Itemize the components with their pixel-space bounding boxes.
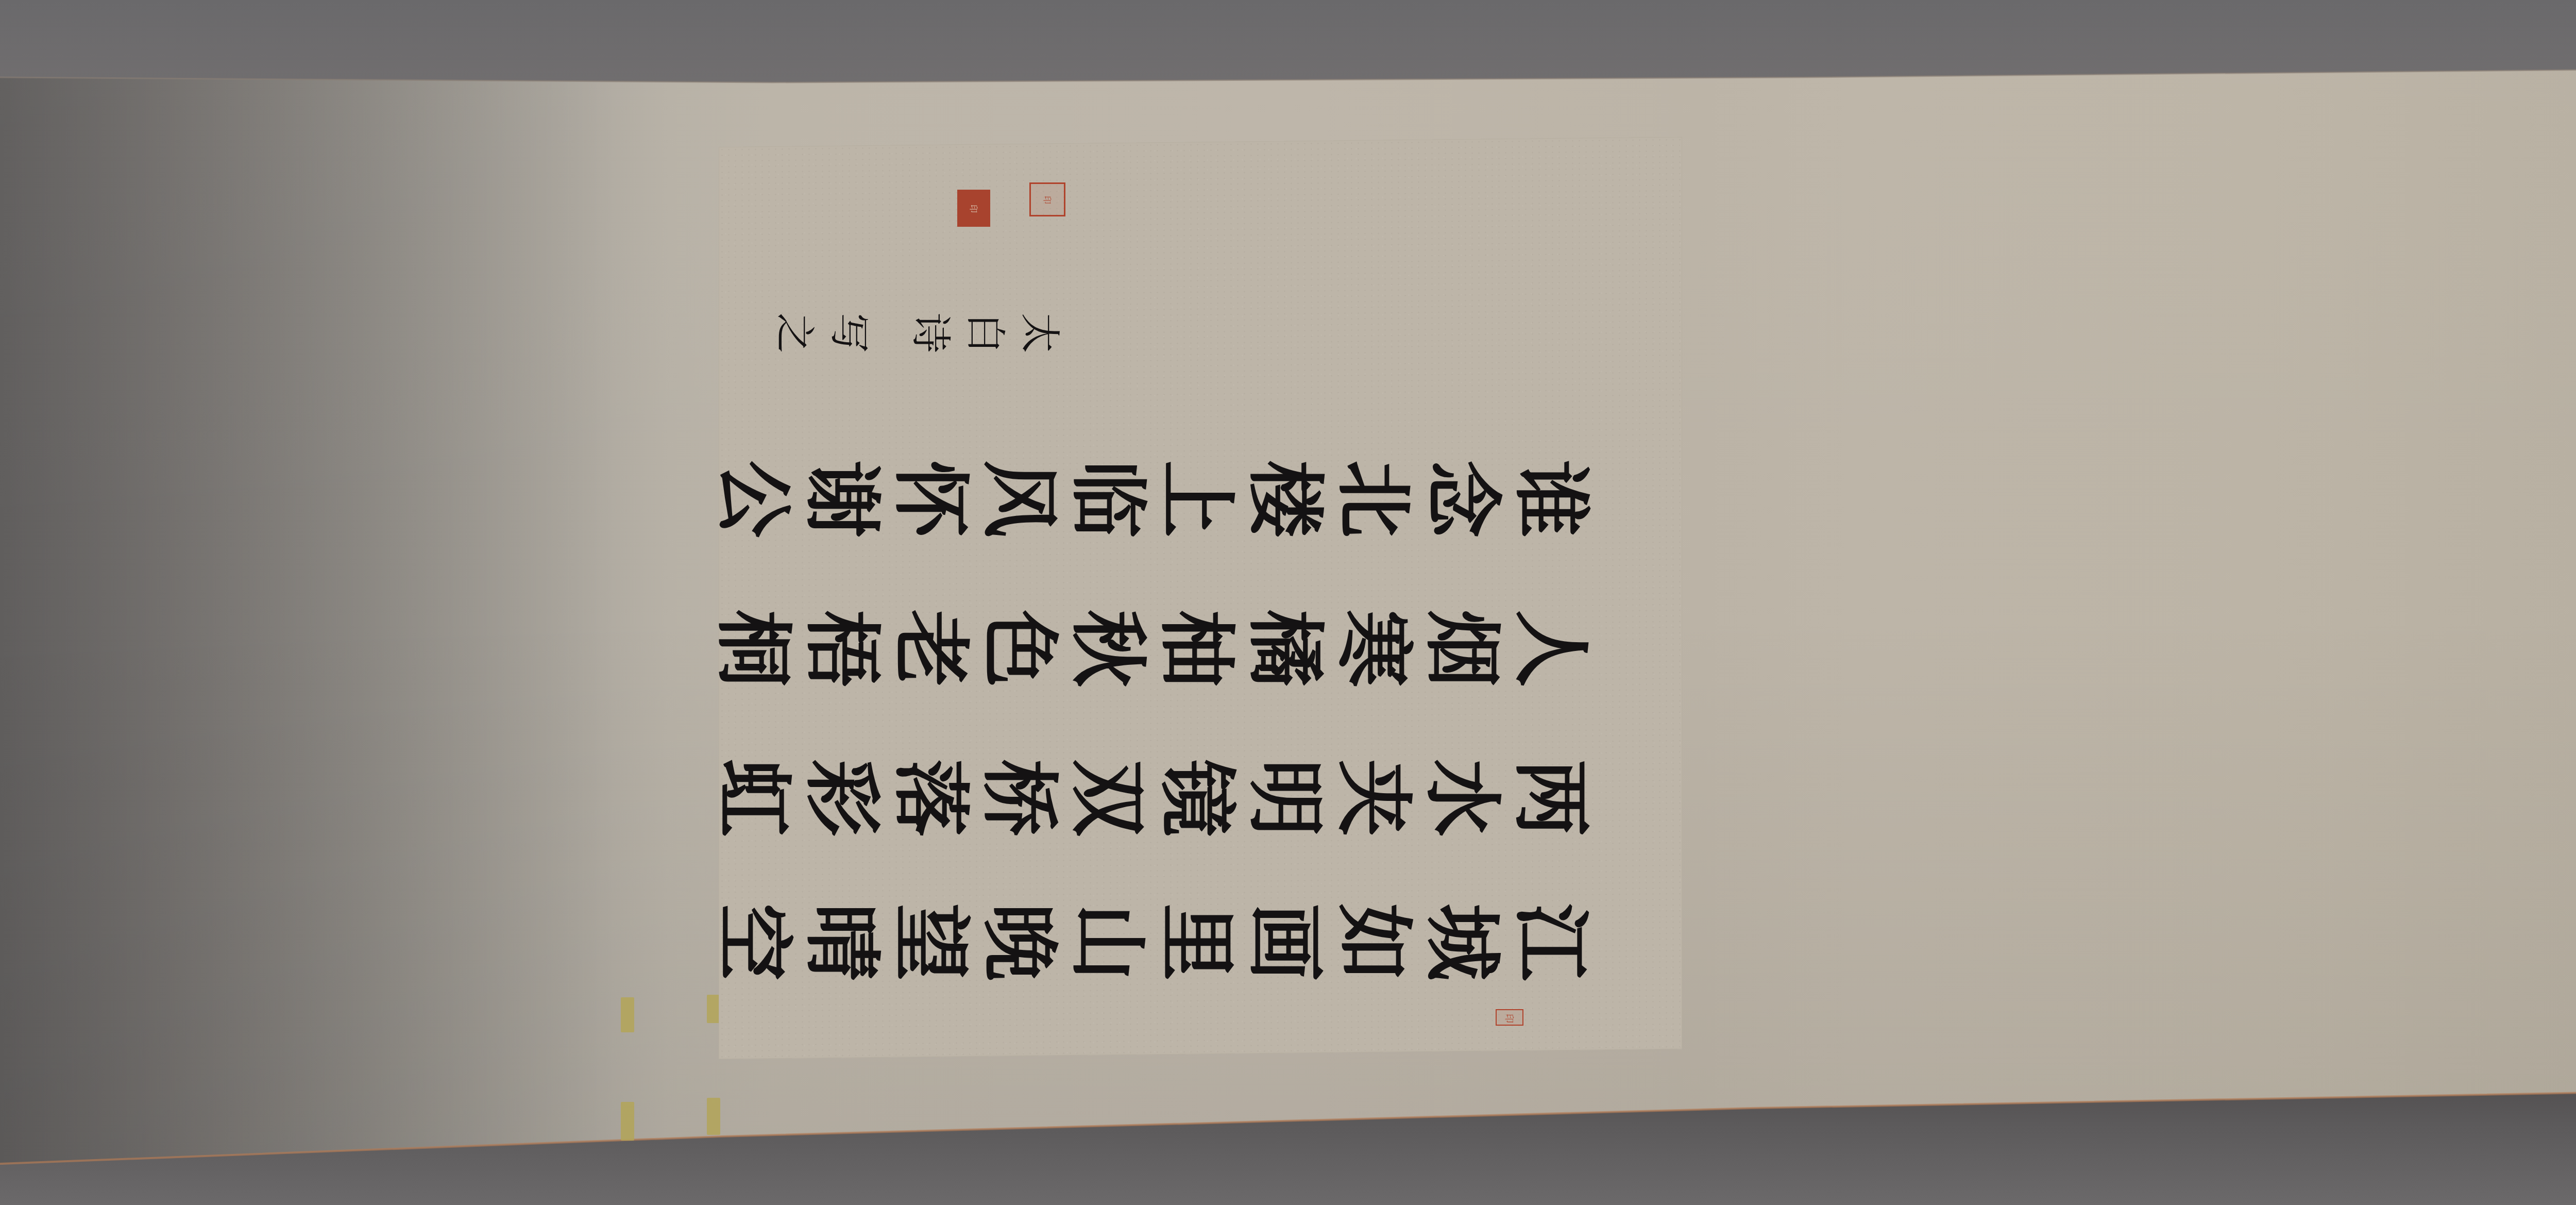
poem-line-text: 谁念北楼上临风怀谢公 xyxy=(706,454,1592,531)
tape-strip xyxy=(621,1102,634,1141)
photo-scene: 江城如画里山晚望晴空 两水夹明镜双桥落彩虹 人烟寒橘柚秋色老梧桐 谁念北楼上临风… xyxy=(0,0,2576,1205)
tape-strip xyxy=(707,1098,720,1135)
poem-line-text: 江城如画里山晚望晴空 xyxy=(706,897,1592,974)
seal-stamp: 印 xyxy=(1496,1009,1523,1026)
seal-stamp: 印 xyxy=(957,190,990,227)
poem-line-text: 人烟寒橘柚秋色老梧桐 xyxy=(706,603,1592,680)
tape-strip xyxy=(621,997,634,1032)
poem-line-text: 两水夹明镜双桥落彩虹 xyxy=(706,752,1592,830)
seal-stamp: 印 xyxy=(1029,182,1065,216)
inscription-text: 太白诗 写之 xyxy=(761,309,1061,349)
